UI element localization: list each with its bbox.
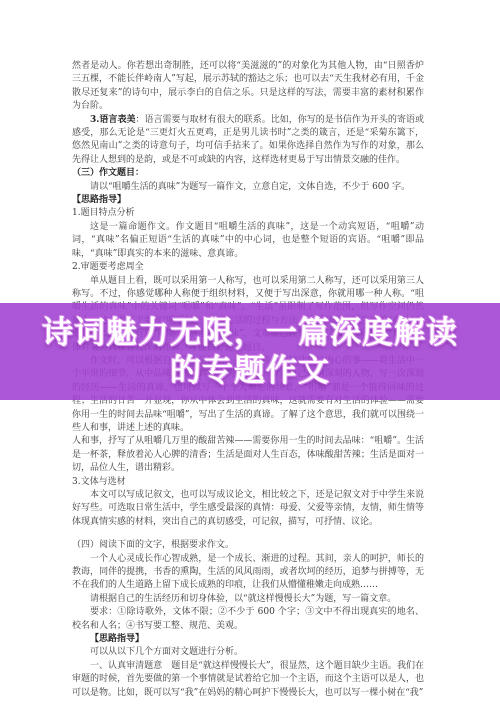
paragraph: 要求：①除诗歌外，文体不限；②不少于 600 个字；③文中不得出现真实的地名、校…	[72, 606, 424, 633]
banner-title-line-1: 诗词魅力无限，一篇深度解读	[42, 314, 458, 352]
paragraph: （四）阅读下面的文字，根据要求作文。	[72, 539, 424, 552]
paragraph-text: 一个人心灵成长作心智成熟，是一个成长、渐进的过程。其间，亲人的呵护，师长的教诲，…	[72, 554, 424, 591]
paragraph: 然者是动人。你若想出奇制胜，还可以将“美滋滋的”的对象化为其他人物，由“日照香炉…	[72, 60, 424, 114]
paragraph-text: 本文可以写成记叙文，也可以写成议论文，相比较之下，还是记叙文对于中学生来说好写些…	[72, 490, 424, 527]
section-heading: 【思路指导】	[72, 633, 424, 646]
paragraph-gap	[72, 529, 424, 539]
paragraph-text: 然者是动人。你若想出奇制胜，还可以将“美滋滋的”的对象化为其他人物，由“日照香炉…	[72, 61, 424, 111]
paragraph: 2.审题要考虑周全	[72, 261, 424, 274]
paragraph-lead: 3.语言表美	[90, 115, 135, 125]
section-heading: （三）作文题目：	[72, 167, 424, 180]
paragraph-text: 【思路指导】	[72, 195, 126, 205]
paragraph: 本文可以写成记叙文，也可以写成议论文，相比较之下，还是记叙文对于中学生来说好写些…	[72, 489, 424, 529]
paragraph-text: （四）阅读下面的文字，根据要求作文。	[72, 540, 234, 550]
paragraph-text: （三）作文题目：	[72, 168, 144, 178]
paragraph: 一个人心灵成长作心智成熟，是一个成长、渐进的过程。其间，亲人的呵护，师长的教诲，…	[72, 553, 424, 593]
paragraph-text: 3.文体与选材	[72, 477, 126, 487]
paragraph: 3.文体与选材	[72, 476, 424, 489]
paragraph: 3.语言表美：语言需要与取材有很大的联系。比如，你写的是书信作为开头的寄语或感受…	[72, 114, 424, 168]
paragraph: 这是一篇命题作文。作文题目“咀嚼生活的真味”，这是一个动宾短语，“咀嚼”动词，“…	[72, 221, 424, 261]
paragraph: 请以“咀嚼生活的真味”为题写一篇作文，立意自定，文体自选，不少于 600 字。	[72, 181, 424, 194]
paragraph-text: 要求：①除诗歌外，文体不限；②不少于 600 个字；③文中不得出现真实的地名、校…	[72, 607, 424, 630]
paragraph: 可以从以下几个方面对文题进行分析。	[72, 646, 424, 659]
paragraph-text: 这是一篇命题作文。作文题目“咀嚼生活的真味”，这是一个动宾短语，“咀嚼”动词，“…	[72, 222, 424, 259]
paragraph-text: 可以从以下几个方面对文题进行分析。	[90, 647, 243, 657]
paragraph-text: 一、认真审清题意 题目是“就这样慢慢长大”，很显然，这个题目缺少主语。我们在审题…	[72, 661, 424, 698]
paragraph-text: 【思路指导】	[90, 634, 144, 644]
paragraph: 一、认真审清题意 题目是“就这样慢慢长大”，很显然，这个题目缺少主语。我们在审题…	[72, 660, 424, 700]
paragraph-text: 2.审题要考虑周全	[72, 262, 144, 272]
banner-title-line-2: 的专题作文	[170, 352, 330, 390]
paragraph-text: 请根据自己的生活经历和切身体验，以“就这样慢慢长大”为题，写一篇文章。	[90, 594, 396, 604]
paragraph: 请根据自己的生活经历和切身体验，以“就这样慢慢长大”为题，写一篇文章。	[72, 593, 424, 606]
banner-title: 诗词魅力无限，一篇深度解读 的专题作文	[0, 303, 500, 400]
paragraph: 人和事，抒写了从咀嚼几万里的酸甜苦辣——需要你用一生的时间去品味：“咀嚼”。生活…	[72, 435, 424, 475]
paragraph-text: 1.题目特点分析	[72, 208, 135, 218]
section-heading: 【思路指导】	[72, 194, 424, 207]
paragraph-text: 请以“咀嚼生活的真味”为题写一篇作文，立意自定，文体自选，不少于 600 字。	[90, 182, 410, 192]
paragraph: 1.题目特点分析	[72, 207, 424, 220]
paragraph-text: 人和事，抒写了从咀嚼几万里的酸甜苦辣——需要你用一生的时间去品味：“咀嚼”。生活…	[72, 436, 424, 473]
